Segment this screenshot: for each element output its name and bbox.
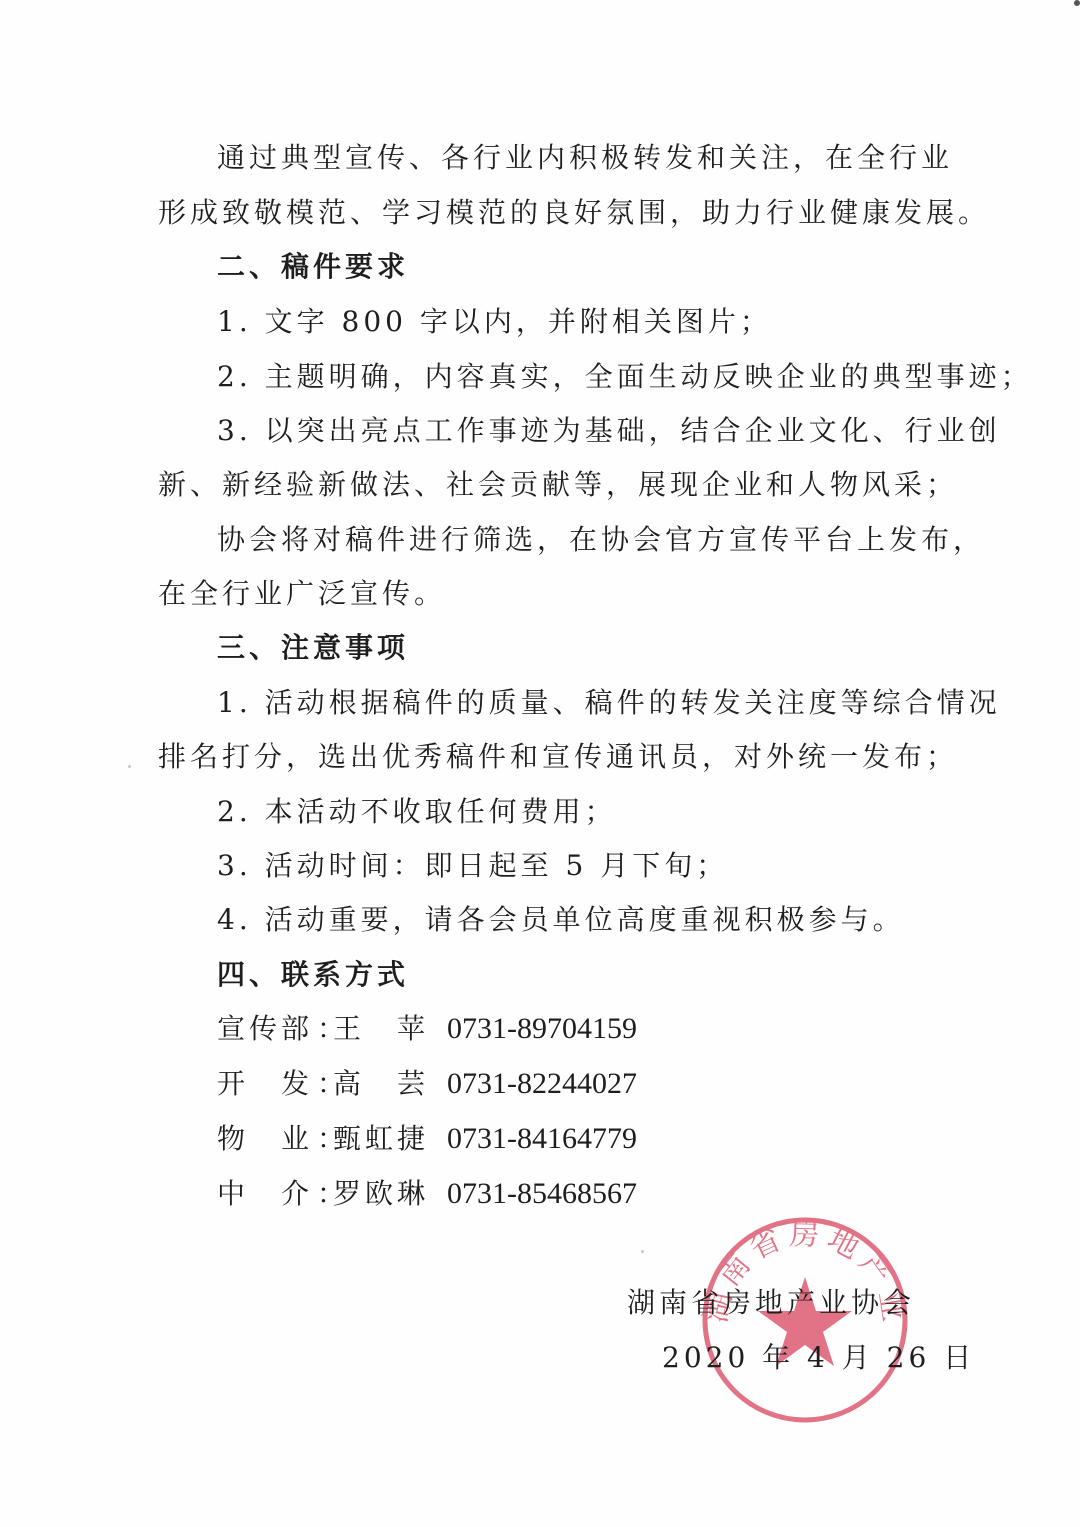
signature-organization: 湖南省房地产业协会 (627, 1283, 915, 1323)
section-3-item-1-line-2: 排名打分，选出优秀稿件和宣传通讯员，对外统一发布； (158, 737, 958, 777)
contact-phone: 0731-85468567 (447, 1174, 637, 1214)
section-3-item-3: 3. 活动时间：即日起至 5 月下旬； (217, 846, 728, 886)
section-4-heading: 四、联系方式 (217, 955, 409, 995)
section-2-item-3-line-2: 新、新经验新做法、社会贡献等，展现企业和人物风采； (158, 465, 958, 505)
contact-dept: 物 业 (217, 1119, 331, 1159)
section-2-note-line-1: 协会将对稿件进行筛选，在协会官方宣传平台上发布， (217, 520, 985, 560)
contact-phone: 0731-84164779 (447, 1119, 637, 1159)
scan-speck (1074, 0, 1080, 6)
scan-speck (128, 765, 131, 768)
contact-dept: 开 发 (217, 1064, 331, 1104)
contact-dept: 中 介 (217, 1174, 331, 1214)
section-2-item-2: 2. 主题明确，内容真实，全面生动反映企业的典型事迹； (217, 357, 1033, 397)
contact-person: 王 苹 (333, 1009, 453, 1049)
section-3-item-1-line-1: 1. 活动根据稿件的质量、稿件的转发关注度等综合情况 (217, 683, 1001, 723)
signature-date: 2020 年 4 月 26 日 (662, 1338, 975, 1378)
document-page: 通过典型宣传、各行业内积极转发和关注，在全行业 形成致敬模范、学习模范的良好氛围… (0, 0, 1080, 1527)
section-2-note-line-2: 在全行业广泛宣传。 (158, 574, 446, 614)
contact-phone: 0731-82244027 (447, 1064, 637, 1104)
section-2-heading: 二、稿件要求 (217, 247, 409, 287)
contact-person: 甄虹捷 (333, 1119, 453, 1159)
section-3-item-2: 2. 本活动不收取任何费用； (217, 792, 617, 832)
contact-dept: 宣传部 (217, 1009, 331, 1049)
section-2-item-1: 1. 文字 800 字以内，并附相关图片； (217, 302, 772, 342)
contact-phone: 0731-89704159 (447, 1009, 637, 1049)
contact-person: 高 芸 (333, 1064, 453, 1104)
section-3-heading: 三、注意事项 (217, 628, 409, 668)
section-3-item-4: 4. 活动重要，请各会员单位高度重视积极参与。 (217, 900, 905, 940)
section-2-item-3-line-1: 3. 以突出亮点工作事迹为基础，结合企业文化、行业创 (217, 411, 1001, 451)
contact-person: 罗欧琳 (333, 1174, 453, 1214)
intro-line-2: 形成致敬模范、学习模范的良好氛围，助力行业健康发展。 (158, 193, 990, 233)
intro-line-1: 通过典型宣传、各行业内积极转发和关注，在全行业 (217, 138, 953, 178)
scan-speck (641, 1250, 644, 1253)
